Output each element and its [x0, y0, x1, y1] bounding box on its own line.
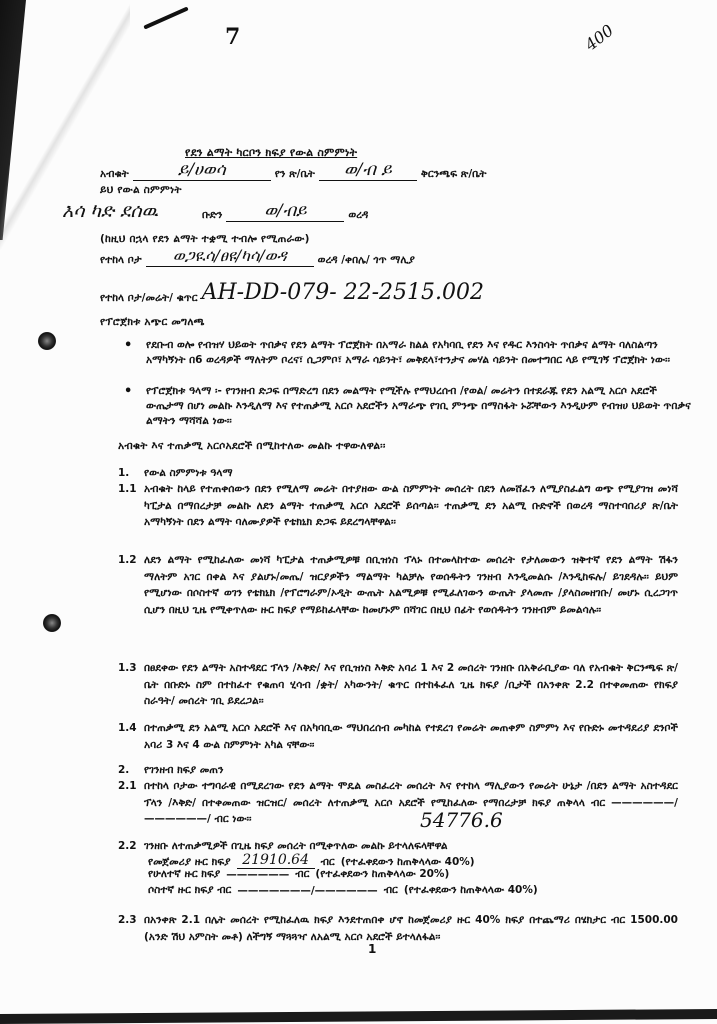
grantor-row: አብቁት ይ/ሀወሳ የን ጽ/ቤት ወ/ብ ይ ቅርንጫፍ ጽ/ቤት — [100, 160, 487, 181]
woreda-label: ወረዳ — [348, 209, 368, 222]
project-heading: የፕሮጀክቱ አጭር መግለጫ — [100, 316, 205, 329]
section-1-heading: 1. የውል ስምምነቱ ዓላማ — [118, 465, 678, 482]
agreement-intro: አብቁት እና ተጠቃሚ አርሶአደሮች በሚከተለው መልኩ ተዋውለዋል፡፡ — [118, 440, 386, 453]
payment-row-first: የመጀመሪያ ዙር ክፍያ 21910.64 ብር (የተፈቀደውን ከጠቅላላ… — [148, 852, 475, 869]
page-number: 1 — [368, 942, 376, 956]
project-bullet: የፕሮጀክቱ ዓላማ ፡- የገንዘብ ድጋፍ በማድረግ በደን መልማት የ… — [118, 384, 691, 429]
hereafter-note: (ከዚህ በኋላ የደን ልማት ተቋሚ ተብሎ የሚጠራው) — [100, 233, 310, 246]
first-payment-field[interactable]: 21910.64 — [237, 852, 315, 869]
kebele-field[interactable]: ወ/ብይ — [226, 201, 344, 222]
section-2-1: 2.1 በተከላ ቦታው ተግባራዊ በሚደረገው የደን ልማት ሞዴል መስ… — [118, 778, 678, 828]
id-field[interactable]: ወ/ብ ይ — [319, 160, 417, 181]
address-label: የተከላ ቦታ — [100, 254, 142, 267]
plot-number-field[interactable]: AH-DD-079- 22-2515.002 — [202, 280, 484, 305]
address-field[interactable]: ወጋዪሳ/ፀዩ/ካሳ/ወዳ — [146, 246, 314, 267]
punch-hole — [43, 614, 61, 632]
section-1-1: 1.1 አብቁት ከላይ የተጠቀሰውን በደን የሚለማ መሬት በተያዘው … — [118, 481, 678, 531]
recipient-field[interactable]: እሳ ካድ ደሰዉ — [62, 200, 158, 222]
document-title: የደን ልማት ካርቦን ክፍያ የውል ስምምነት — [185, 146, 357, 160]
project-bullet: የደቡብ ወሎ የብዝሃ ህይወት ጥበቃና የደን ልማት ፕሮጀክት በአማ… — [118, 338, 691, 368]
section-1-2: 1.2 ለደን ልማት የሚከፈለው መነሻ ካፒታል ተጠቃሚዎቹ በቢዝነስ… — [118, 552, 678, 618]
payment-row-third: ሶስተኛ ዙር ክፍያ ብር ———————/—————— ብር (የተፈቀደው… — [148, 884, 538, 897]
office-label: ቅርንጫፍ ጽ/ቤት — [421, 168, 487, 181]
kebele-label: ቡድን — [202, 209, 222, 222]
pen-stroke — [143, 6, 188, 29]
section-1-3: 1.3 በፀደቀው የደን ልማት አስተዳደር ፕላን /እቅድ/ እና የቢ… — [118, 660, 678, 710]
section-2-heading: 2. የገንዘብ ክፍያ መጠን — [118, 762, 678, 779]
total-amount-handwritten[interactable]: 54776.6 — [420, 808, 503, 832]
handwritten-page-note: 400 — [581, 21, 617, 55]
payment-row-second: የሁለተኛ ዙር ክፍያ —————— ብር (የተፈቀደውን ከጠቅላላው 2… — [148, 868, 449, 881]
address-suffix: ወረዳ /ቀበሌ/ ጎጥ ማሊያ — [318, 254, 415, 267]
address-row: የተከላ ቦታ ወጋዪሳ/ፀዩ/ካሳ/ወዳ ወረዳ /ቀበሌ/ ጎጥ ማሊያ — [100, 246, 415, 267]
handwritten-mark: 7 — [225, 24, 240, 50]
recipient-row: እሳ ካድ ደሰዉ ቡድን ወ/ብይ ወረዳ — [62, 200, 368, 222]
grantor-field[interactable]: ይ/ሀወሳ — [133, 160, 271, 181]
grantor-label: አብቁት — [100, 168, 129, 181]
plot-row: የተከላ ቦታ/መሬት/ ቁጥር AH-DD-079- 22-2515.002 — [100, 280, 484, 305]
section-1-4: 1.4 በተጠቃሚ ደን አልሚ አርሶ አደሮች እና በአካባቢው ማህበረ… — [118, 720, 678, 753]
section-2-3: 2.3 በአንቀጽ 2.1 በሌት መሰረት የሚከፈለዉ ክፍያ እንደተጠበ… — [118, 912, 678, 945]
scan-edge-bottom — [0, 1009, 717, 1024]
plot-label: የተከላ ቦታ/መሬት/ ቁጥር — [100, 292, 198, 305]
scanned-page: 7 400 የደን ልማት ካርቦን ክፍያ የውል ስምምነት አብቁት ይ/… — [0, 0, 717, 1024]
third-payment-field[interactable]: ———————/—————— — [237, 885, 377, 897]
second-payment-field[interactable]: —————— — [226, 869, 289, 881]
contract-label: ይህ የውል ስምምነት — [100, 184, 182, 197]
id-label: የን ጽ/ቤት — [275, 168, 315, 181]
punch-hole — [38, 332, 56, 350]
